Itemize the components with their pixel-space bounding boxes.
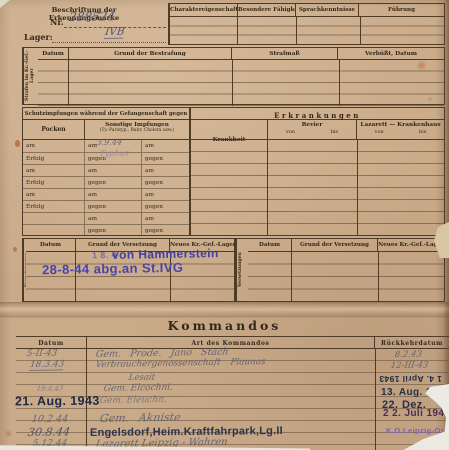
stamp-return-juli-1944: 2 2. Juli 1944 — [383, 408, 449, 419]
rust-stain — [427, 96, 433, 102]
rust-stain — [13, 247, 17, 252]
handwritten-vaccination-date: 3.9.44 — [96, 138, 123, 147]
transfer-side-label: Versetzungen — [236, 239, 248, 301]
transfer-header-row: Datum Grund der Versetzung Neues Kr.-Gef… — [248, 239, 444, 252]
transfer-empty-rows — [248, 252, 444, 302]
col-datum: Datum — [38, 48, 68, 59]
kommandos-title: Kommandos — [0, 318, 449, 333]
punishment-side-label: Strafen im Kr.-Gef.-Lager — [23, 48, 38, 104]
col-sentence: Strafmaß — [231, 48, 337, 59]
col-abilities: Besondere Fähigkeiten — [237, 4, 295, 16]
kommando-6-detail: Gem. Akniste — [99, 411, 182, 425]
rust-stain — [15, 140, 20, 147]
torn-corner-top-left — [0, 0, 10, 8]
kommando-2-return: 12-III-43 — [390, 360, 429, 371]
traits-table: Charaktereigenschaften u. a. Besondere F… — [168, 3, 445, 45]
stamp-date-21-aug-1943: 21. Aug. 1943 — [15, 394, 100, 409]
col-revier: Revier vonbis — [267, 120, 356, 139]
kommando-1-date: 5-II-43 — [26, 348, 58, 359]
col-conduct: Führung — [358, 4, 444, 16]
col-reason: Grund der Bestrafung — [68, 48, 231, 59]
col-character: Charaktereigenschaften u. a. — [170, 4, 237, 16]
col-disease: Krankheit — [191, 120, 267, 139]
punishment-header-row: Datum Grund der Bestrafung Strafmaß Verb… — [38, 48, 444, 60]
transfer-side-label: Versetzungen — [23, 239, 26, 301]
vaccination-title: Schutzimpfungen während der Gefangenscha… — [23, 108, 189, 120]
kommando-5-detail: Gem. Eleuchn. — [99, 395, 167, 406]
col-served: Verbüßt, Datum — [337, 48, 444, 59]
illness-empty-rows — [191, 140, 444, 236]
pow-record-card-scan: Beschriftung der Erkennungsmarke Nr. Lag… — [0, 0, 449, 450]
stamp-transfer-note: 28-8-44 abg.an St.IVG — [42, 260, 184, 277]
nr-label: Nr. — [50, 17, 64, 27]
kommando-2-date: 18.3.43 — [29, 359, 65, 371]
kommando-1-return: 8.2.43 — [394, 350, 423, 360]
kommandos-header-row: Datum Art des Kommandos Rückkehrdatum — [16, 336, 449, 349]
kommando-7-date: 30.8.44 — [27, 425, 71, 439]
illness-subheader: Krankheit Revier vonbis Lazarett — Krank… — [191, 120, 444, 140]
kommando-4-detail: Gem. Elcochni. — [103, 383, 174, 394]
punishment-empty-rows — [38, 60, 444, 106]
col-languages: Sprachkenntnisse — [295, 4, 358, 16]
illness-title: Erkrankungen — [191, 108, 444, 120]
kommando-6-date: 10.2.44 — [31, 413, 69, 425]
rust-stain — [416, 60, 427, 71]
lager-label: Lager: — [24, 32, 53, 42]
stamp-return-april-1943-inverted: 1 4. April 1943 — [379, 374, 442, 384]
col-pox: Pocken — [23, 120, 84, 139]
vaccination-table: Schutzimpfungen während der Gefangenscha… — [22, 107, 190, 236]
handwritten-tag-number: 288524 — [68, 9, 116, 24]
fold-crease — [0, 302, 449, 318]
traits-empty-rows — [170, 17, 444, 44]
punishment-table: Strafen im Kr.-Gef.-Lager Datum Grund de… — [22, 47, 445, 105]
kommando-3-detail: Lesait — [128, 373, 156, 383]
col-other-vaccinations: Sonstige Impfungen (Ty.-Paratyp., Ruhr, … — [84, 120, 189, 139]
transfer-table-right: Versetzungen Datum Grund der Versetzung … — [235, 238, 445, 302]
handwritten-vaccination-against: Typhus — [99, 148, 130, 158]
illness-table: Erkrankungen Krankheit Revier vonbis Laz… — [190, 107, 445, 236]
handwritten-camp-number: IVB — [104, 26, 125, 39]
traits-header-row: Charaktereigenschaften u. a. Besondere F… — [170, 4, 444, 17]
col-hospital: Lazarett — Krankenhaus vonbis — [356, 120, 444, 139]
rust-stain — [4, 430, 13, 437]
kommando-4-date: 19.4.43 — [36, 385, 64, 393]
